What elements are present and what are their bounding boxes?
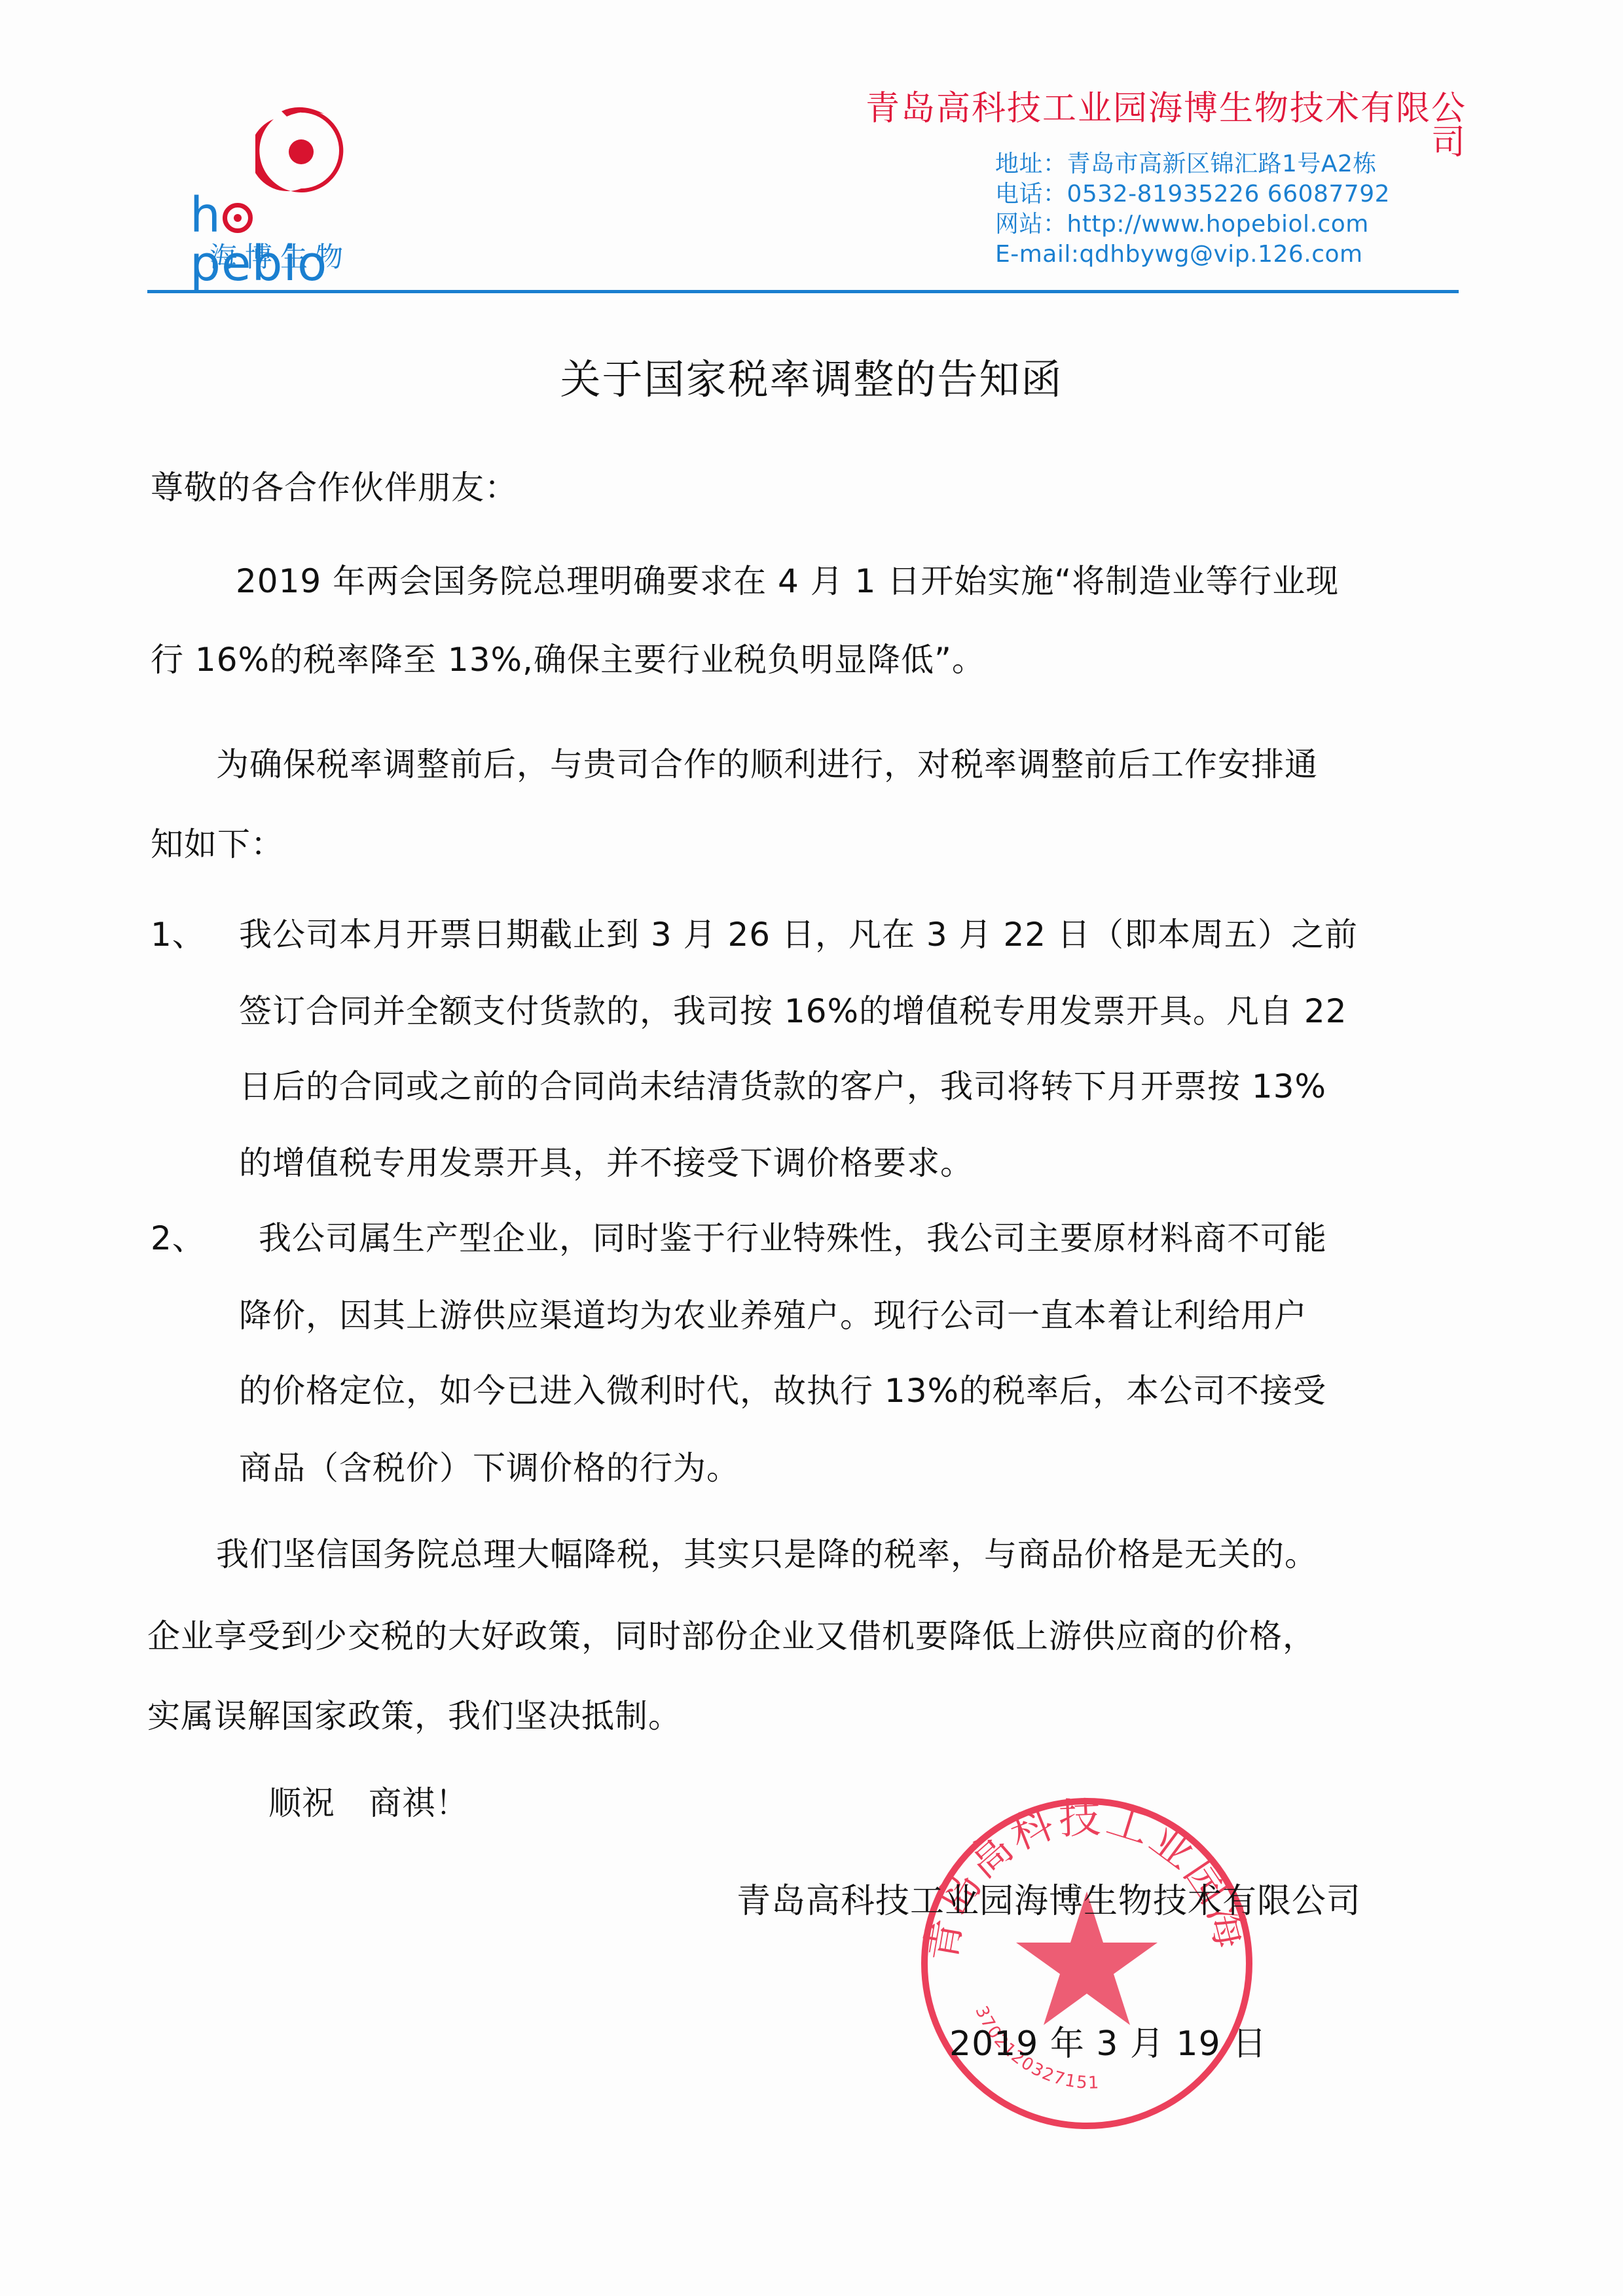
document-title: 关于国家税率调整的告知函 xyxy=(0,347,1623,405)
list-item-2-line-3: 的价格定位，如今已进入微利时代，故执行 13%的税率后，本公司不接受 xyxy=(239,1365,1326,1412)
list-item-2-line-4: 商品（含税价）下调价格的行为。 xyxy=(239,1442,740,1489)
paragraph-1-line-1: 2019 年两会国务院总理明确要求在 4 月 1 日开始实施“将制造业等行业现 xyxy=(236,555,1339,602)
list-item-2-line-2: 降价，因其上游供应渠道均为农业养殖户。现行公司一直本着让利给用户 xyxy=(239,1289,1307,1336)
closing-line-2: 企业享受到少交税的大好政策，同时部份企业又借机要降低上游供应商的价格， xyxy=(147,1610,1316,1657)
contact-email: E-mail:qdhbywg@vip.126.com xyxy=(995,240,1467,270)
paragraph-2-line-2: 知如下： xyxy=(151,818,284,865)
contact-address: 地址：青岛市高新区锦汇路1号A2栋 xyxy=(995,149,1467,179)
list-item-1-number: 1、 xyxy=(151,908,206,956)
contact-phone: 电话：0532-81935226 66087792 xyxy=(995,179,1467,209)
salutation: 尊敬的各合作伙伴朋友： xyxy=(151,461,518,509)
letterhead-contact-block: 地址：青岛市高新区锦汇路1号A2栋 电话：0532-81935226 66087… xyxy=(995,149,1467,270)
company-logo: hpebio 海博生物 xyxy=(190,105,386,275)
logo-wordmark: hpebio xyxy=(190,191,386,288)
signature-company: 青岛高科技工业园海博生物技术有限公司 xyxy=(737,1873,1361,1922)
letterhead-divider xyxy=(147,290,1459,293)
signature-date: 2019 年 3 月 19 日 xyxy=(949,2016,1267,2065)
closing-line-3: 实属误解国家政策，我们坚决抵制。 xyxy=(147,1690,682,1737)
hopebio-circle-logo-icon xyxy=(255,105,347,196)
list-item-1-line-1: 我公司本月开票日期截止到 3 月 26 日，凡在 3 月 22 日（即本周五）之… xyxy=(239,908,1358,956)
closing-line-1: 我们坚信国务院总理大幅降税，其实只是降的税率，与商品价格是无关的。 xyxy=(216,1528,1318,1575)
paragraph-1-line-2: 行 16%的税率降至 13%,确保主要行业税负明显降低”。 xyxy=(151,634,985,681)
logo-o-circle-icon xyxy=(223,203,253,233)
contact-website: 网站：http://www.hopebiol.com xyxy=(995,209,1467,240)
regards: 顺祝 商祺！ xyxy=(268,1777,469,1824)
list-item-1-line-4: 的增值税专用发票开具，并不接受下调价格要求。 xyxy=(239,1137,974,1184)
list-item-2-line-1: 我公司属生产型企业，同时鉴于行业特殊性，我公司主要原材料商不可能 xyxy=(259,1212,1327,1259)
list-item-2-number: 2、 xyxy=(151,1212,206,1259)
logo-chinese-name: 海博生物 xyxy=(210,243,351,271)
paragraph-2-line-1: 为确保税率调整前后，与贵司合作的顺利进行，对税率调整前后工作安排通 xyxy=(216,738,1318,785)
letter-page: hpebio 海博生物 青岛高科技工业园海博生物技术有限公司 地址：青岛市高新区… xyxy=(0,0,1623,2296)
company-seal-star-icon: 青岛高科技工业园海博生物技术有限公司 3702120327151 xyxy=(917,1793,1257,2134)
list-item-1-line-2: 签订合同并全额支付货款的，我司按 16%的增值税专用发票开具。凡自 22 xyxy=(239,985,1347,1032)
list-item-1-line-3: 日后的合同或之前的合同尚未结清货款的客户，我司将转下月开票按 13% xyxy=(239,1060,1326,1107)
